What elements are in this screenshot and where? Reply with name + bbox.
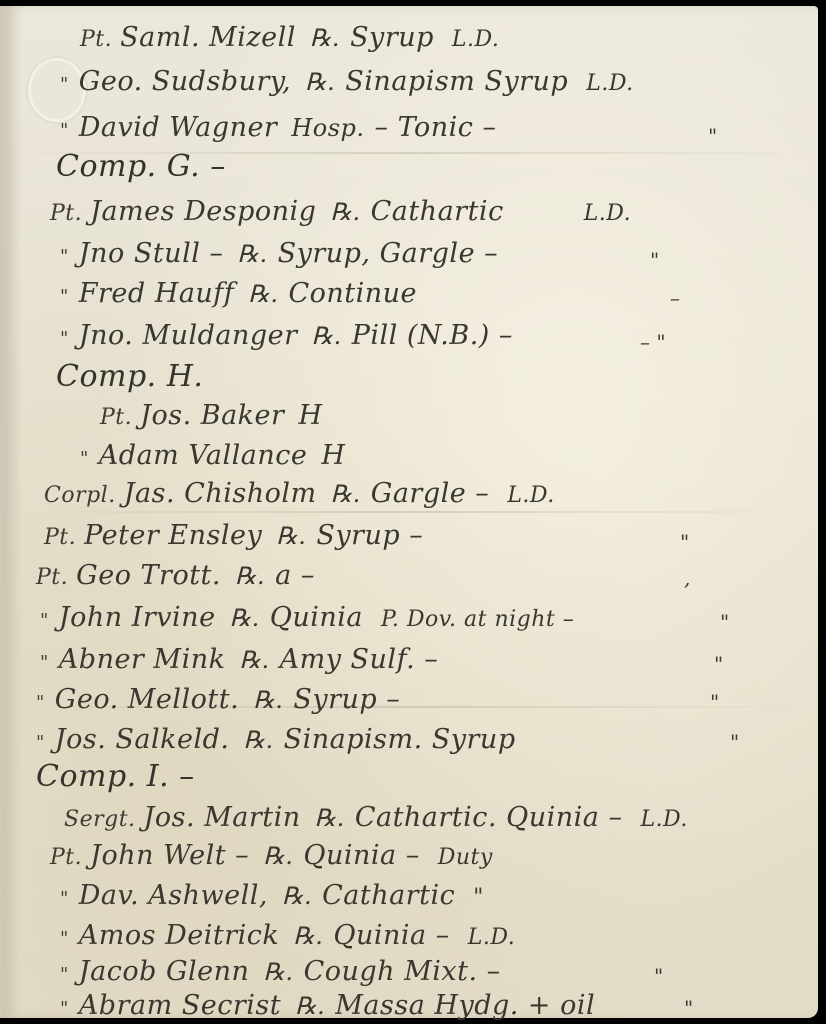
medicine: – Tonic – xyxy=(375,112,497,143)
patient-name: Adam Vallance xyxy=(99,440,308,471)
register-entry: "Geo. Mellott.℞.Syrup – xyxy=(36,686,418,713)
disposition-note: Duty xyxy=(438,845,493,870)
register-entry: Pt.Geo Trott.℞.a – xyxy=(36,562,333,589)
prescription-symbol: ℞. xyxy=(310,24,340,52)
rank: Pt. xyxy=(36,565,68,590)
ditto-mark: " xyxy=(730,730,739,754)
disposition-note: L.D. xyxy=(507,483,554,508)
medicine: Syrup, Gargle – xyxy=(278,238,499,269)
patient-name: Geo. Sudsbury, xyxy=(79,66,291,97)
register-entry: "Jos. Salkeld.℞.Sinapism. Syrup xyxy=(36,726,534,753)
ditto-mark: " xyxy=(60,928,69,949)
medicine: Syrup – xyxy=(293,684,400,715)
register-entry: "Abner Mink℞.Amy Sulf. – xyxy=(40,646,456,673)
patient-name: Jos. Salkeld. xyxy=(55,724,230,755)
ditto-mark: " xyxy=(708,124,717,148)
register-entry: Pt.John Welt –℞.Quinia –Duty xyxy=(50,842,493,869)
ditto-mark: , xyxy=(684,566,690,590)
disposition-note: " xyxy=(473,885,484,910)
rank: Pt. xyxy=(44,525,76,550)
hospital-mark: H xyxy=(321,440,345,471)
register-entry: "Jno Stull –℞.Syrup, Gargle – xyxy=(60,240,516,267)
prescription-symbol: ℞. xyxy=(312,322,342,350)
patient-name: John Welt – xyxy=(90,840,249,871)
register-entry: "Adam VallanceH xyxy=(80,442,363,469)
ditto-mark: " xyxy=(720,610,729,634)
patient-name: John Irvine xyxy=(59,602,216,633)
patient-name: Fred Hauff xyxy=(79,278,235,309)
register-entry: "Abram Secrist℞.Massa Hydg. + oil xyxy=(60,992,613,1019)
prescription-symbol: ℞. xyxy=(315,804,345,832)
ditto-mark: " xyxy=(36,692,45,713)
medicine: Cathartic xyxy=(371,196,504,227)
prescription-symbol: ℞. xyxy=(263,842,293,870)
company-heading: Comp. I. – xyxy=(36,762,195,792)
ditto-mark: " xyxy=(714,652,723,676)
prescription-symbol: ℞. xyxy=(282,882,312,910)
prescription-symbol: ℞. xyxy=(293,922,323,950)
medicine: Cathartic. Quinia – xyxy=(355,802,623,833)
ditto-mark: " xyxy=(60,964,69,985)
patient-name: David Wagner xyxy=(79,112,278,143)
prescription-symbol: ℞. xyxy=(243,726,273,754)
register-entry: "Jacob Glenn℞.Cough Mixt. – xyxy=(60,958,519,985)
medicine: Sinapism. Syrup xyxy=(284,724,516,755)
register-entry: "David WagnerHosp.– Tonic – xyxy=(60,114,515,141)
prescription-symbol: ℞. xyxy=(237,240,267,268)
register-entry: Pt.Jos. BakerH xyxy=(100,402,340,429)
prescription-symbol: ℞. xyxy=(239,646,269,674)
medicine: Gargle – xyxy=(371,478,490,509)
fold-crease xyxy=(0,511,818,513)
hospital-mark: H xyxy=(298,400,322,431)
register-entry: "Jno. Muldanger℞.Pill (N.B.) – xyxy=(60,322,531,349)
register-entry: "Geo. Sudsbury,℞.Sinapism SyrupL.D. xyxy=(60,68,634,95)
rank: Corpl. xyxy=(44,483,116,508)
medicine: Quinia xyxy=(270,602,363,633)
hospital-label: Hosp. xyxy=(291,114,364,142)
register-entry: "Dav. Ashwell,℞.Cathartic" xyxy=(60,882,484,909)
patient-name: Geo. Mellott. xyxy=(55,684,239,715)
ditto-mark: " xyxy=(60,998,69,1019)
rank: Pt. xyxy=(80,27,112,52)
prescription-symbol: ℞. xyxy=(295,992,325,1020)
ditto-mark: " xyxy=(60,246,69,267)
patient-name: Saml. Mizell xyxy=(120,22,296,53)
patient-name: Jas. Chisholm xyxy=(124,478,317,509)
ditto-mark: " xyxy=(40,652,49,673)
medicine: Syrup – xyxy=(316,520,423,551)
prescription-symbol: ℞. xyxy=(253,686,283,714)
prescription-symbol: ℞. xyxy=(263,958,293,986)
rank: Sergt. xyxy=(64,807,136,832)
ditto-mark: " xyxy=(60,328,69,349)
prescription-symbol: ℞. xyxy=(276,522,306,550)
register-entry: "John Irvine℞.QuiniaP. Dov. at night – xyxy=(40,604,574,631)
register-entry: Corpl.Jas. Chisholm℞.Gargle –L.D. xyxy=(44,480,555,507)
medicine: Massa Hydg. + oil xyxy=(335,990,595,1021)
medicine: Cough Mixt. – xyxy=(304,956,501,987)
patient-name: Peter Ensley xyxy=(84,520,262,551)
register-entry: "Amos Deitrick℞.Quinia –L.D. xyxy=(60,922,515,949)
register-entry: Pt.Peter Ensley℞.Syrup – xyxy=(44,522,441,549)
medicine: Sinapism Syrup xyxy=(345,66,568,97)
prescription-symbol: ℞. xyxy=(235,562,265,590)
disposition-note: L.D. xyxy=(452,27,499,52)
ditto-mark: " xyxy=(60,286,69,307)
medicine: a – xyxy=(275,560,315,591)
patient-name: Abram Secrist xyxy=(79,990,281,1021)
medicine: Cathartic xyxy=(322,880,455,911)
ditto-mark: " xyxy=(36,732,45,753)
patient-name: Dav. Ashwell, xyxy=(79,880,268,911)
rank: Pt. xyxy=(100,405,132,430)
patient-name: Jos. Martin xyxy=(144,802,301,833)
disposition-note: L.D. xyxy=(468,925,515,950)
register-entry: Pt.James Desponig℞.CatharticL.D. xyxy=(50,198,631,225)
ditto-mark: " xyxy=(40,610,49,631)
medicine: Continue xyxy=(288,278,417,309)
patient-name: Abner Mink xyxy=(59,644,226,675)
ditto-mark: " xyxy=(654,964,663,988)
patient-name: Geo Trott. xyxy=(76,560,221,591)
disposition-note: L.D. xyxy=(640,807,687,832)
medicine: Pill (N.B.) – xyxy=(352,320,513,351)
rank: Pt. xyxy=(50,201,82,226)
ditto-mark: " xyxy=(710,690,719,714)
ditto-mark: " xyxy=(60,120,69,141)
ditto-mark: " xyxy=(680,530,689,554)
patient-name: James Desponig xyxy=(90,196,316,227)
prescription-symbol: ℞. xyxy=(248,280,278,308)
ditto-mark: " xyxy=(684,996,693,1020)
ditto-mark: – " xyxy=(640,330,666,354)
medicine: Amy Sulf. – xyxy=(280,644,439,675)
patient-name: Amos Deitrick xyxy=(79,920,279,951)
medicine: Syrup xyxy=(350,22,434,53)
medicine: Quinia – xyxy=(303,840,419,871)
patient-name: Jno. Muldanger xyxy=(79,320,298,351)
medicine: Quinia – xyxy=(333,920,449,951)
company-heading: Comp. G. – xyxy=(56,152,226,182)
disposition-note: L.D. xyxy=(584,201,631,226)
ditto-mark: " xyxy=(650,248,659,272)
prescription-symbol: ℞. xyxy=(305,68,335,96)
disposition-note: L.D. xyxy=(586,71,633,96)
ditto-mark: " xyxy=(80,448,89,469)
register-entry: Pt.Saml. Mizell℞.SyrupL.D. xyxy=(80,24,499,51)
register-entry: "Fred Hauff℞.Continue xyxy=(60,280,435,307)
ditto-mark: " xyxy=(60,74,69,95)
disposition-note: P. Dov. at night – xyxy=(381,607,574,632)
rank: Pt. xyxy=(50,845,82,870)
patient-name: Jacob Glenn xyxy=(79,956,250,987)
prescription-symbol: ℞. xyxy=(331,480,361,508)
patient-name: Jos. Baker xyxy=(140,400,284,431)
ditto-mark: " xyxy=(60,888,69,909)
patient-name: Jno Stull – xyxy=(79,238,224,269)
ditto-mark: – xyxy=(670,286,680,310)
prescription-symbol: ℞. xyxy=(230,604,260,632)
document-page: Pt.Saml. Mizell℞.SyrupL.D. "Geo. Sudsbur… xyxy=(0,6,818,1018)
prescription-symbol: ℞. xyxy=(330,198,360,226)
company-heading: Comp. H. xyxy=(56,362,203,392)
register-entry: Sergt.Jos. Martin℞.Cathartic. Quinia –L.… xyxy=(64,804,688,831)
